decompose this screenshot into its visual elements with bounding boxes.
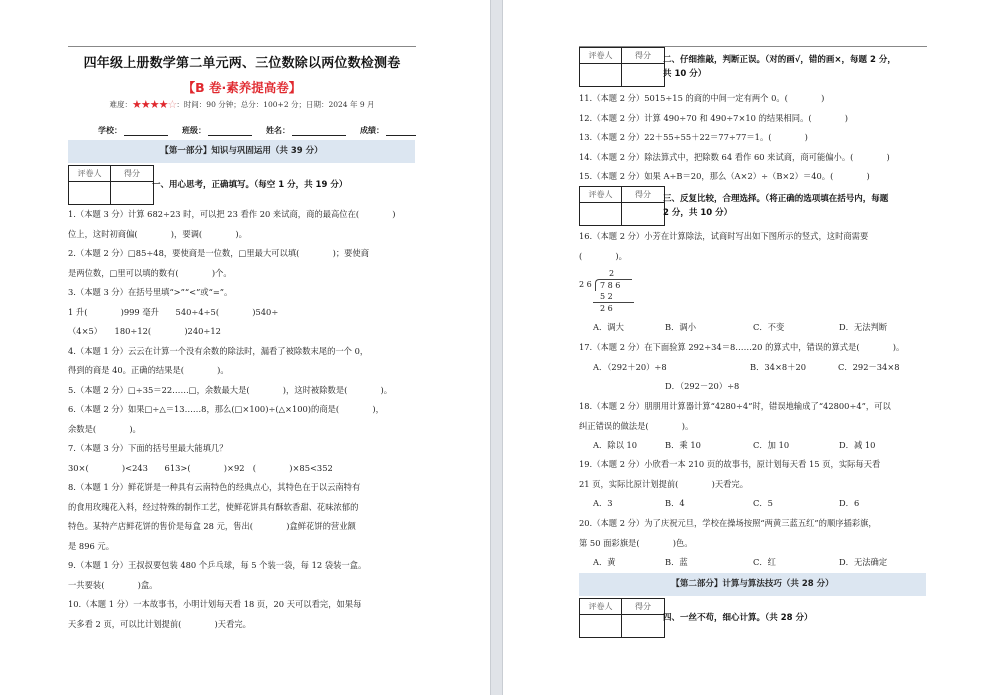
q16-options: A．调大 B．调小 C．不变 D．无法判断 [579,318,927,338]
score-cell[interactable] [622,203,664,225]
section2-title: 二、仔细推敲，判断正误。（对的画√，错的画×，每题 2 分， 共 10 分） [663,53,896,81]
q9-line1: 9.（本题 1 分）王叔叔要包装 480 个乒乓球，每 5 个装一袋，每 12 … [68,556,416,576]
q7-line2: 30×( )<243 613>( )×92 ( )×85<352 [68,459,416,479]
q18: 18.（本题 2 分）朋朋用计算器计算“4280÷4”时，错误地输成了“4280… [579,397,927,456]
part2-band: 【第二部分】计算与算法技巧（共 28 分） [579,573,926,596]
q17: 17.（本题 2 分）在下面验算 292÷34＝8……20 的算式中，错误的算式… [579,338,927,397]
part1-band: 【第一部分】知识与巩固运用（共 39 分） [68,140,415,163]
q20-option-d[interactable]: D．无法确定 [839,553,887,573]
score-label: 得分 [622,187,664,203]
q1-line1: 1.（本题 3 分）计算 682÷23 时，可以把 23 看作 20 来试商，商… [68,205,416,225]
class-field[interactable]: 班级： [182,125,252,136]
q20-option-c[interactable]: C．红 [753,553,839,573]
q19-option-a[interactable]: A．3 [593,494,665,514]
q19: 19.（本题 2 分）小欣看一本 210 页的故事书，原计划每天看 15 页，实… [579,455,927,514]
reviewer-cell[interactable] [580,64,622,86]
reviewer-label: 评卷人 [69,166,111,182]
grader-box: 评卷人 得分 [68,165,154,205]
q8-line2: 的食用玫瑰花入料，经过特殊的制作工艺，使鲜花饼具有酥软香甜、花味浓郁的 [68,498,416,518]
q7-line1: 7.（本题 3 分）下面的括号里最大能填几？ [68,439,416,459]
q3-line2: 1 升( )999 毫升 540÷4÷5( )540÷ [68,303,416,323]
q5-line1: 5.（本题 2 分）□÷35＝22……□，余数最大是( )，这时被除数是( )。 [68,381,416,401]
reviewer-label: 评卷人 [580,599,622,615]
page-divider [490,0,503,695]
reviewer-label: 评卷人 [580,48,622,64]
q8-line1: 8.（本题 1 分）鲜花饼是一种具有云南特色的经典点心，其特色在于以云南特有 [68,478,416,498]
q8-line4: 是 896 元。 [68,537,416,557]
q10-line1: 10.（本题 1 分）一本故事书，小明计划每天看 18 页，20 天可以看完，如… [68,595,416,615]
q4-line1: 4.（本题 1 分）云云在计算一个没有余数的除法时，漏看了被除数末尾的一个 0， [68,342,416,362]
q17-option-c[interactable]: C．292－34×8 [838,358,900,378]
section3-title: 三、反复比较，合理选择。（将正确的选项填在括号内，每题 2 分，共 10 分） [663,192,888,220]
name-field[interactable]: 姓名： [266,125,346,136]
score-cell[interactable] [111,182,153,204]
q2-line2: 是两位数，□里可以填的数有( )个。 [68,264,416,284]
exam-subtitle: 【B 卷·素养提高卷】 [68,78,416,96]
reviewer-cell[interactable] [580,615,622,637]
q3-line1: 3.（本题 3 分）在括号里填“>”“<”或“=”。 [68,283,416,303]
grader-box: 评卷人 得分 [579,598,665,638]
section4-title: 四、一丝不苟，细心计算。（共 28 分） [663,611,813,625]
questions-1-10: 1.（本题 3 分）计算 682÷23 时，可以把 23 看作 20 来试商，商… [68,205,416,634]
q17-option-b[interactable]: B．34×8＋20 [750,358,838,378]
reviewer-cell[interactable] [580,203,622,225]
q2-line1: 2.（本题 2 分）□85÷48，要使商是一位数，□里最大可以填( )；要使商 [68,244,416,264]
score-cell[interactable] [622,615,664,637]
q14: 14.（本题 2 分）除法算式中，把除数 64 看作 60 来试商，商可能偏小。… [579,148,927,168]
q18-option-a[interactable]: A．除以 10 [593,436,665,456]
grader-box: 评卷人 得分 [579,47,665,87]
score-label: 得分 [622,599,664,615]
q9-line2: 一共要装( )盒。 [68,576,416,596]
q6-line1: 6.（本题 2 分）如果□÷△＝13……8，那么(□×100)÷(△×100)的… [68,400,416,420]
q4-line2: 得到的商是 40。正确的结果是( )。 [68,361,416,381]
section1-title: 一、用心思考，正确填写。（每空 1 分，共 19 分） [152,178,347,192]
q11: 11.（本题 2 分）5015÷15 的商的中间一定有两个 0。( ) [579,89,927,109]
questions-11-15: 11.（本题 2 分）5015÷15 的商的中间一定有两个 0。( ) 12.（… [579,89,927,187]
q17-option-a[interactable]: A．（292＋20）÷8 [593,358,750,378]
q16: 16.（本题 2 分）小芳在计算除法，试商时写出如下图所示的竖式，这时商需要 (… [579,227,927,266]
q20-option-a[interactable]: A．黄 [593,553,665,573]
q17-option-d[interactable]: D．（292－20）÷8 [665,377,739,397]
q8-line3: 特色。某特产店鲜花饼的售价是每盒 28 元，售出( )盒鲜花饼的营业额 [68,517,416,537]
long-division-figure: 2 2 6 7 8 6 5 2 2 6 [579,268,639,314]
q18-option-c[interactable]: C．加 10 [753,436,839,456]
grader-box: 评卷人 得分 [579,186,665,226]
score-label: 得分 [622,48,664,64]
q19-option-d[interactable]: D．6 [839,494,859,514]
q16-option-b[interactable]: B．调小 [665,318,753,338]
score-cell[interactable] [622,64,664,86]
reviewer-cell[interactable] [69,182,111,204]
q13: 13.（本题 2 分）22＋55÷55＋22＝77÷77＝1。( ) [579,128,927,148]
q3-line3: （4×5） 180÷12( )240÷12 [68,322,416,342]
student-info-line: 学校： 班级： 姓名： 成绩： [68,125,416,136]
star-rating-icon: ★★★★☆ [132,98,176,111]
score-label: 得分 [111,166,153,182]
q10-line2: 天多看 2 页，可以比计划提前( )天看完。 [68,615,416,635]
header-rule [68,46,416,47]
reviewer-label: 评卷人 [580,187,622,203]
q18-option-d[interactable]: D．减 10 [839,436,875,456]
q1-line2: 位上，这时初商偏( )，要调( )。 [68,225,416,245]
q19-option-c[interactable]: C．5 [753,494,839,514]
q12: 12.（本题 2 分）计算 490÷70 和 490÷7×10 的结果相同。( … [579,109,927,129]
school-field[interactable]: 学校： [98,125,168,136]
q18-option-b[interactable]: B．乘 10 [665,436,753,456]
exam-meta-text: ：时间：90 分钟；总分：100+2 分；日期：2024 年 9 月 [176,100,374,109]
q15: 15.（本题 2 分）如果 A÷B＝20，那么（A×2）÷（B×2）＝40。( … [579,167,927,187]
score-field[interactable]: 成绩： [360,125,416,136]
q16-option-d[interactable]: D．无法判断 [839,318,887,338]
q16-option-a[interactable]: A．调大 [593,318,665,338]
difficulty-label: 难度： [109,100,132,109]
q16-option-c[interactable]: C．不变 [753,318,839,338]
exam-title: 四年级上册数学第二单元两、三位数除以两位数检测卷 [68,52,416,71]
q20: 20.（本题 2 分）为了庆祝元旦，学校在操场按照“两黄三蓝五红”的顺序插彩旗，… [579,514,927,573]
q20-option-b[interactable]: B．蓝 [665,553,753,573]
exam-meta: 难度：★★★★☆：时间：90 分钟；总分：100+2 分；日期：2024 年 9… [68,98,416,111]
q6-line2: 余数是( )。 [68,420,416,440]
q19-option-b[interactable]: B．4 [665,494,753,514]
